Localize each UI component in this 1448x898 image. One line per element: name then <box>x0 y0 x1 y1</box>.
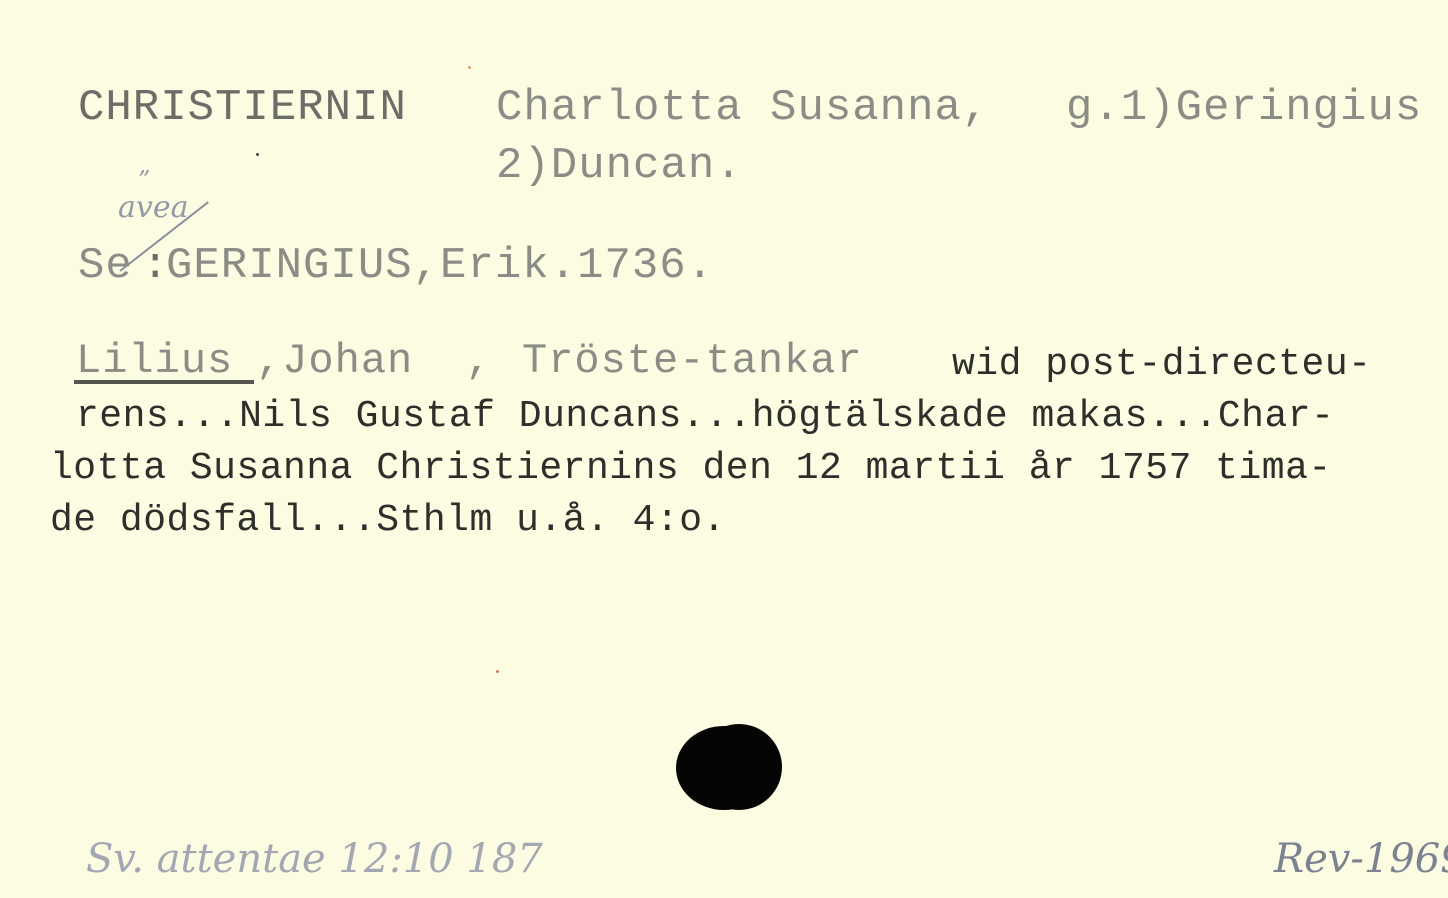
footer-left-note: Sv. attentae 12:10 187 <box>86 836 543 882</box>
author-underline <box>74 380 254 384</box>
entry-author: Lilius <box>76 340 233 382</box>
heading-marriage-1: g.1)Geringius <box>1066 86 1422 130</box>
heading-given-name: Charlotta Susanna, <box>496 86 989 130</box>
entry-title-start: Tröste-tankar <box>522 340 863 382</box>
ink-speck <box>256 153 259 156</box>
punch-hole-overlap <box>696 724 782 810</box>
heading-marriage-2: 2)Duncan. <box>496 144 743 188</box>
catalog-card: CHRISTIERNIN Charlotta Susanna, g.1)Geri… <box>0 0 1448 898</box>
entry-line-4: de dödsfall...Sthlm u.å. 4:o. <box>50 502 726 540</box>
footer-right-note: Rev-1969 <box>1274 836 1448 882</box>
cross-reference-target: GERINGIUS,Erik.1736. <box>166 244 714 288</box>
heading-surname: CHRISTIERNIN <box>78 86 407 130</box>
entry-line-3: lotta Susanna Christiernins den 12 marti… <box>50 450 1332 488</box>
handwritten-correction: avea <box>118 190 188 225</box>
ink-speck <box>496 670 499 673</box>
entry-line-1: wid post-directeu- <box>952 346 1371 384</box>
entry-author-rest: ,Johan , <box>256 340 492 382</box>
ink-speck <box>468 66 471 69</box>
cross-reference-prefix: Se <box>78 244 133 288</box>
entry-line-2: rens...Nils Gustaf Duncans...högtälskade… <box>76 398 1334 436</box>
